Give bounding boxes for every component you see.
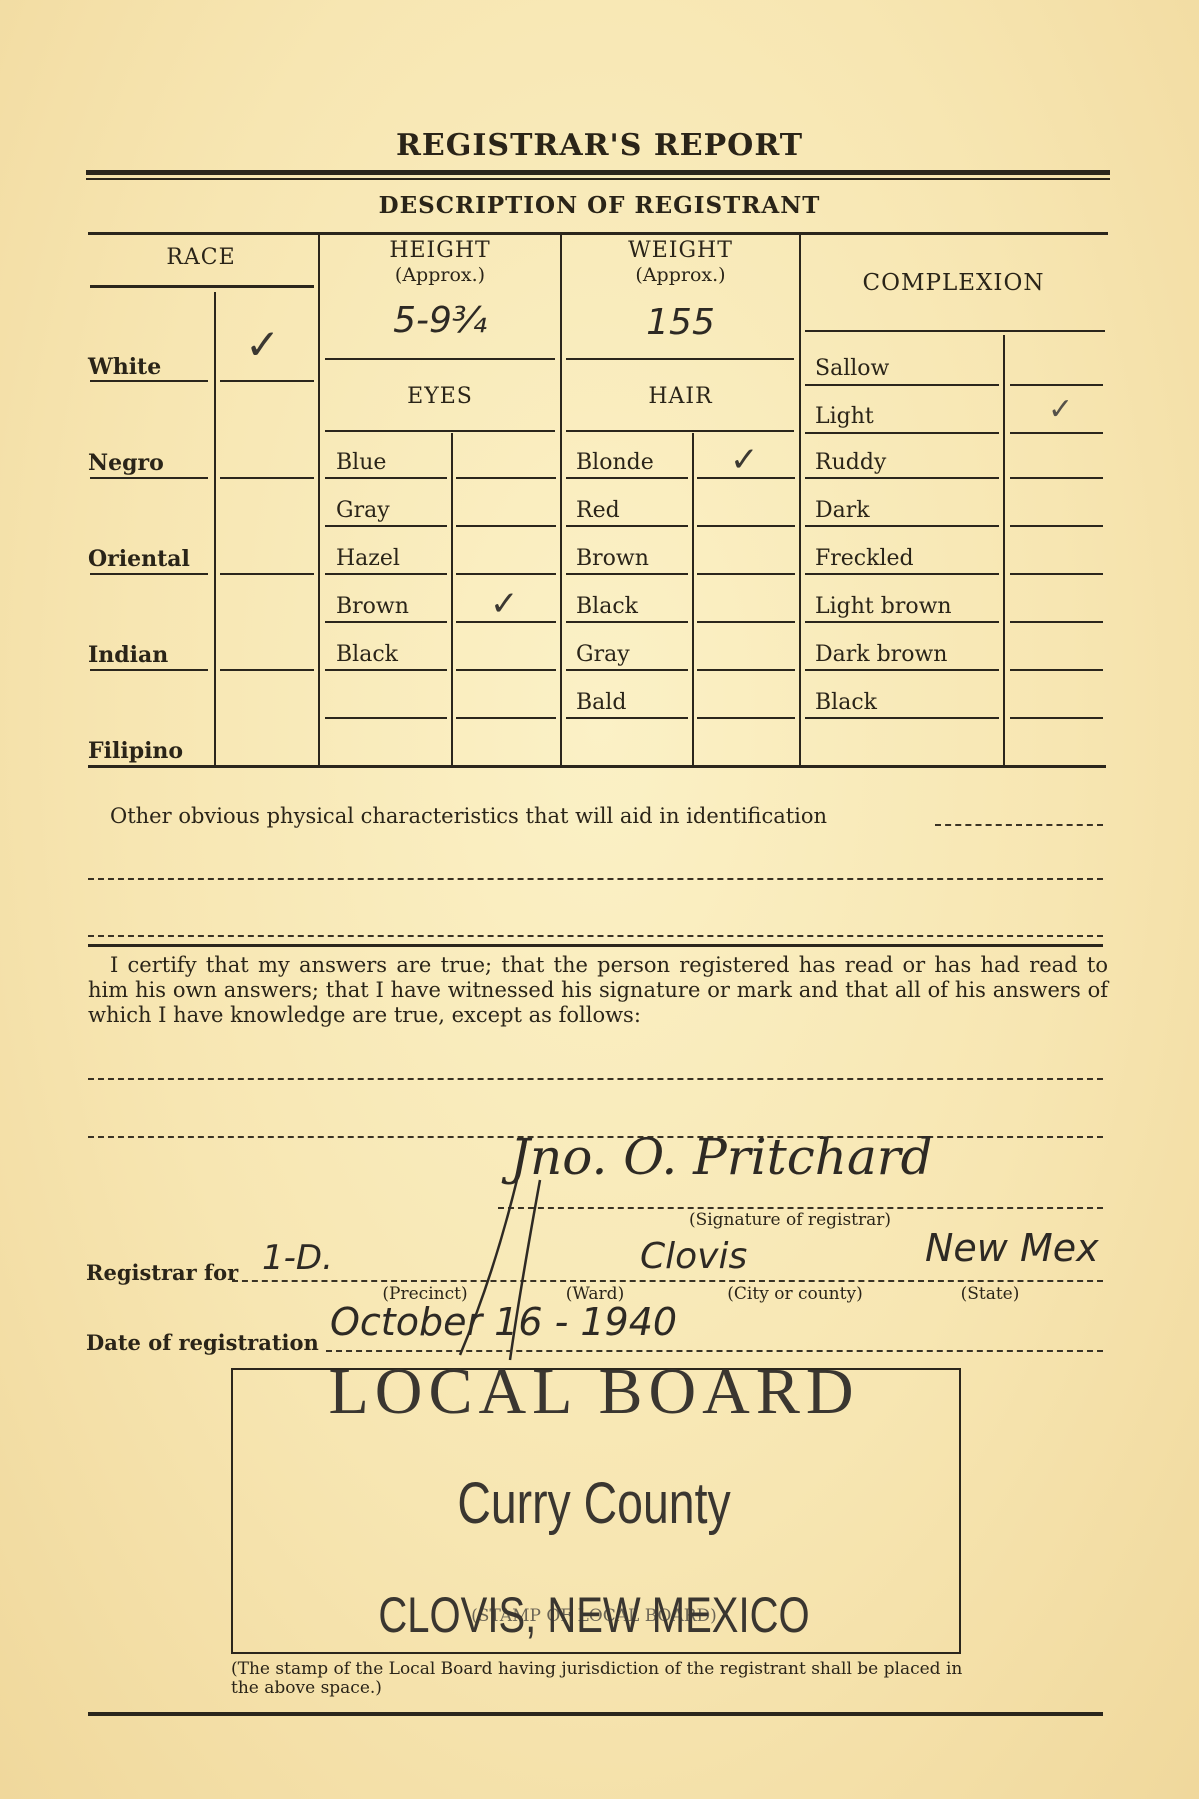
row-rule xyxy=(805,477,999,479)
row-rule xyxy=(805,621,999,623)
date-of-registration-label: Date of registration xyxy=(86,1330,319,1355)
complexion-option-light: Light xyxy=(815,404,874,429)
row-rule xyxy=(456,621,556,623)
date-of-registration-value: October 16 - 1940 xyxy=(330,1300,677,1344)
row-rule xyxy=(697,525,795,527)
eyes-header-rule xyxy=(325,430,555,432)
row-rule xyxy=(456,669,556,671)
row-rule xyxy=(566,669,688,671)
section-rule xyxy=(88,944,1103,947)
row-rule xyxy=(1010,525,1103,527)
hair-option-gray: Gray xyxy=(576,642,630,667)
race-row-rule xyxy=(90,380,208,382)
row-rule xyxy=(805,525,999,527)
row-rule xyxy=(325,525,447,527)
race-negro-checkbox[interactable] xyxy=(216,435,316,477)
registrar-for-line[interactable] xyxy=(232,1280,1103,1282)
row-rule xyxy=(1010,384,1103,386)
row-rule xyxy=(325,621,447,623)
weight-header: WEIGHT xyxy=(562,238,799,263)
race-option-white: White xyxy=(88,354,161,380)
vline-hair-check xyxy=(692,433,694,765)
row-rule xyxy=(566,621,688,623)
weight-subheader: (Approx.) xyxy=(562,264,799,286)
race-row-rule xyxy=(90,477,208,479)
row-rule xyxy=(1010,669,1103,671)
height-rule xyxy=(325,358,555,360)
vline-complexion-check xyxy=(1003,335,1005,765)
hair-header-rule xyxy=(566,430,794,432)
row-rule xyxy=(325,477,447,479)
complexion-option-sallow: Sallow xyxy=(815,356,889,381)
race-check-rule xyxy=(220,477,314,479)
certification-text: I certify that my answers are true; that… xyxy=(88,953,1108,1028)
complexion-option-ruddy: Ruddy xyxy=(815,450,886,475)
vline-weight-complexion xyxy=(799,235,801,765)
row-rule xyxy=(566,477,688,479)
eyes-option-gray: Gray xyxy=(336,498,390,523)
title-double-rule-top xyxy=(86,170,1110,175)
race-filipino-checkbox[interactable] xyxy=(216,720,316,764)
signature-caption: (Signature of registrar) xyxy=(660,1210,920,1230)
row-rule xyxy=(805,669,999,671)
other-characteristics-inline-line[interactable] xyxy=(935,824,1103,826)
complexion-option-freckled: Freckled xyxy=(815,546,914,571)
exceptions-line-1[interactable] xyxy=(88,1078,1103,1080)
row-rule xyxy=(566,525,688,527)
race-option-negro: Negro xyxy=(88,450,164,476)
eyes-option-brown: Brown xyxy=(336,594,409,619)
row-rule xyxy=(325,669,447,671)
eyes-option-hazel: Hazel xyxy=(336,546,400,571)
city-caption: (City or county) xyxy=(700,1284,890,1304)
row-rule xyxy=(805,384,999,386)
hair-header: HAIR xyxy=(562,384,799,409)
stamp-line-city-state: CLOVIS, NEW MEXICO xyxy=(304,1586,885,1644)
row-rule xyxy=(697,573,795,575)
row-rule xyxy=(1010,432,1103,434)
race-white-checkbox[interactable]: ✓ xyxy=(245,320,280,369)
race-indian-checkbox[interactable] xyxy=(216,627,316,669)
hair-option-bald: Bald xyxy=(576,690,626,715)
row-rule xyxy=(697,669,795,671)
complexion-option-black: Black xyxy=(815,690,877,715)
complexion-option-dark-brown: Dark brown xyxy=(815,642,947,667)
vline-race-check xyxy=(214,292,216,765)
state-caption: (State) xyxy=(950,1284,1030,1304)
race-row-rule xyxy=(90,669,208,671)
form-title: REGISTRAR'S REPORT xyxy=(0,128,1199,163)
stamp-line-county: Curry County xyxy=(304,1470,885,1537)
table-top-rule xyxy=(88,232,1108,235)
height-subheader: (Approx.) xyxy=(320,264,560,286)
row-rule xyxy=(566,573,688,575)
row-rule xyxy=(805,432,999,434)
precinct-value: 1-D. xyxy=(262,1238,333,1278)
race-option-filipino: Filipino xyxy=(88,738,183,764)
row-rule xyxy=(456,477,556,479)
row-rule xyxy=(697,477,795,479)
height-header: HEIGHT xyxy=(320,238,560,263)
table-bottom-rule xyxy=(88,765,1106,768)
section-subtitle: DESCRIPTION OF REGISTRANT xyxy=(0,192,1199,219)
row-rule xyxy=(1010,573,1103,575)
hair-option-blonde: Blonde xyxy=(576,450,654,475)
row-rule xyxy=(456,525,556,527)
row-rule xyxy=(805,717,999,719)
row-rule xyxy=(805,573,999,575)
race-check-rule xyxy=(220,380,314,382)
row-rule xyxy=(325,717,447,719)
race-row-rule xyxy=(90,573,208,575)
complexion-header: COMPLEXION xyxy=(801,270,1106,296)
complexion-header-rule xyxy=(805,330,1105,332)
weight-value: 155 xyxy=(562,302,799,343)
race-header: RACE xyxy=(88,245,314,270)
row-rule xyxy=(1010,717,1103,719)
eyes-option-blue: Blue xyxy=(336,450,386,475)
hair-option-black: Black xyxy=(576,594,638,619)
eyes-brown-checkbox[interactable]: ✓ xyxy=(490,584,519,624)
state-value: New Mex xyxy=(925,1226,1099,1270)
row-rule xyxy=(456,573,556,575)
row-rule xyxy=(1010,621,1103,623)
race-check-rule xyxy=(220,573,314,575)
hair-option-red: Red xyxy=(576,498,620,523)
row-rule xyxy=(1010,477,1103,479)
complexion-light-checkbox[interactable]: ✓ xyxy=(1048,392,1073,427)
stamp-line-local-board: LOCAL BOARD xyxy=(231,1354,957,1430)
hair-option-brown: Brown xyxy=(576,546,649,571)
other-characteristics-line-3[interactable] xyxy=(88,935,1103,937)
row-rule xyxy=(697,621,795,623)
complexion-option-dark: Dark xyxy=(815,498,870,523)
height-value: 5-9¾ xyxy=(320,300,560,341)
vline-eyes-check xyxy=(451,433,453,765)
row-rule xyxy=(456,717,556,719)
eyes-header: EYES xyxy=(320,384,560,409)
row-rule xyxy=(566,717,688,719)
race-option-oriental: Oriental xyxy=(88,546,190,572)
row-rule xyxy=(697,717,795,719)
bottom-rule xyxy=(88,1712,1103,1716)
race-check-rule xyxy=(220,669,314,671)
city-value: Clovis xyxy=(640,1236,747,1277)
signature-line[interactable] xyxy=(498,1207,1103,1209)
eyes-option-black: Black xyxy=(336,642,398,667)
other-characteristics-label: Other obvious physical characteristics t… xyxy=(110,804,827,828)
race-header-rule xyxy=(90,285,314,288)
weight-rule xyxy=(566,358,794,360)
stamp-instruction-note: (The stamp of the Local Board having jur… xyxy=(231,1660,971,1698)
date-of-registration-line[interactable] xyxy=(326,1350,1103,1352)
race-oriental-checkbox[interactable] xyxy=(216,531,316,573)
registrar-signature: Jno. O. Pritchard xyxy=(510,1128,933,1186)
row-rule xyxy=(325,573,447,575)
title-double-rule-bottom xyxy=(86,178,1110,180)
hair-blonde-checkbox[interactable]: ✓ xyxy=(730,440,759,480)
registrar-for-label: Registrar for xyxy=(86,1260,238,1285)
complexion-option-light-brown: Light brown xyxy=(815,594,952,619)
race-option-indian: Indian xyxy=(88,642,168,668)
other-characteristics-line-2[interactable] xyxy=(88,878,1103,880)
